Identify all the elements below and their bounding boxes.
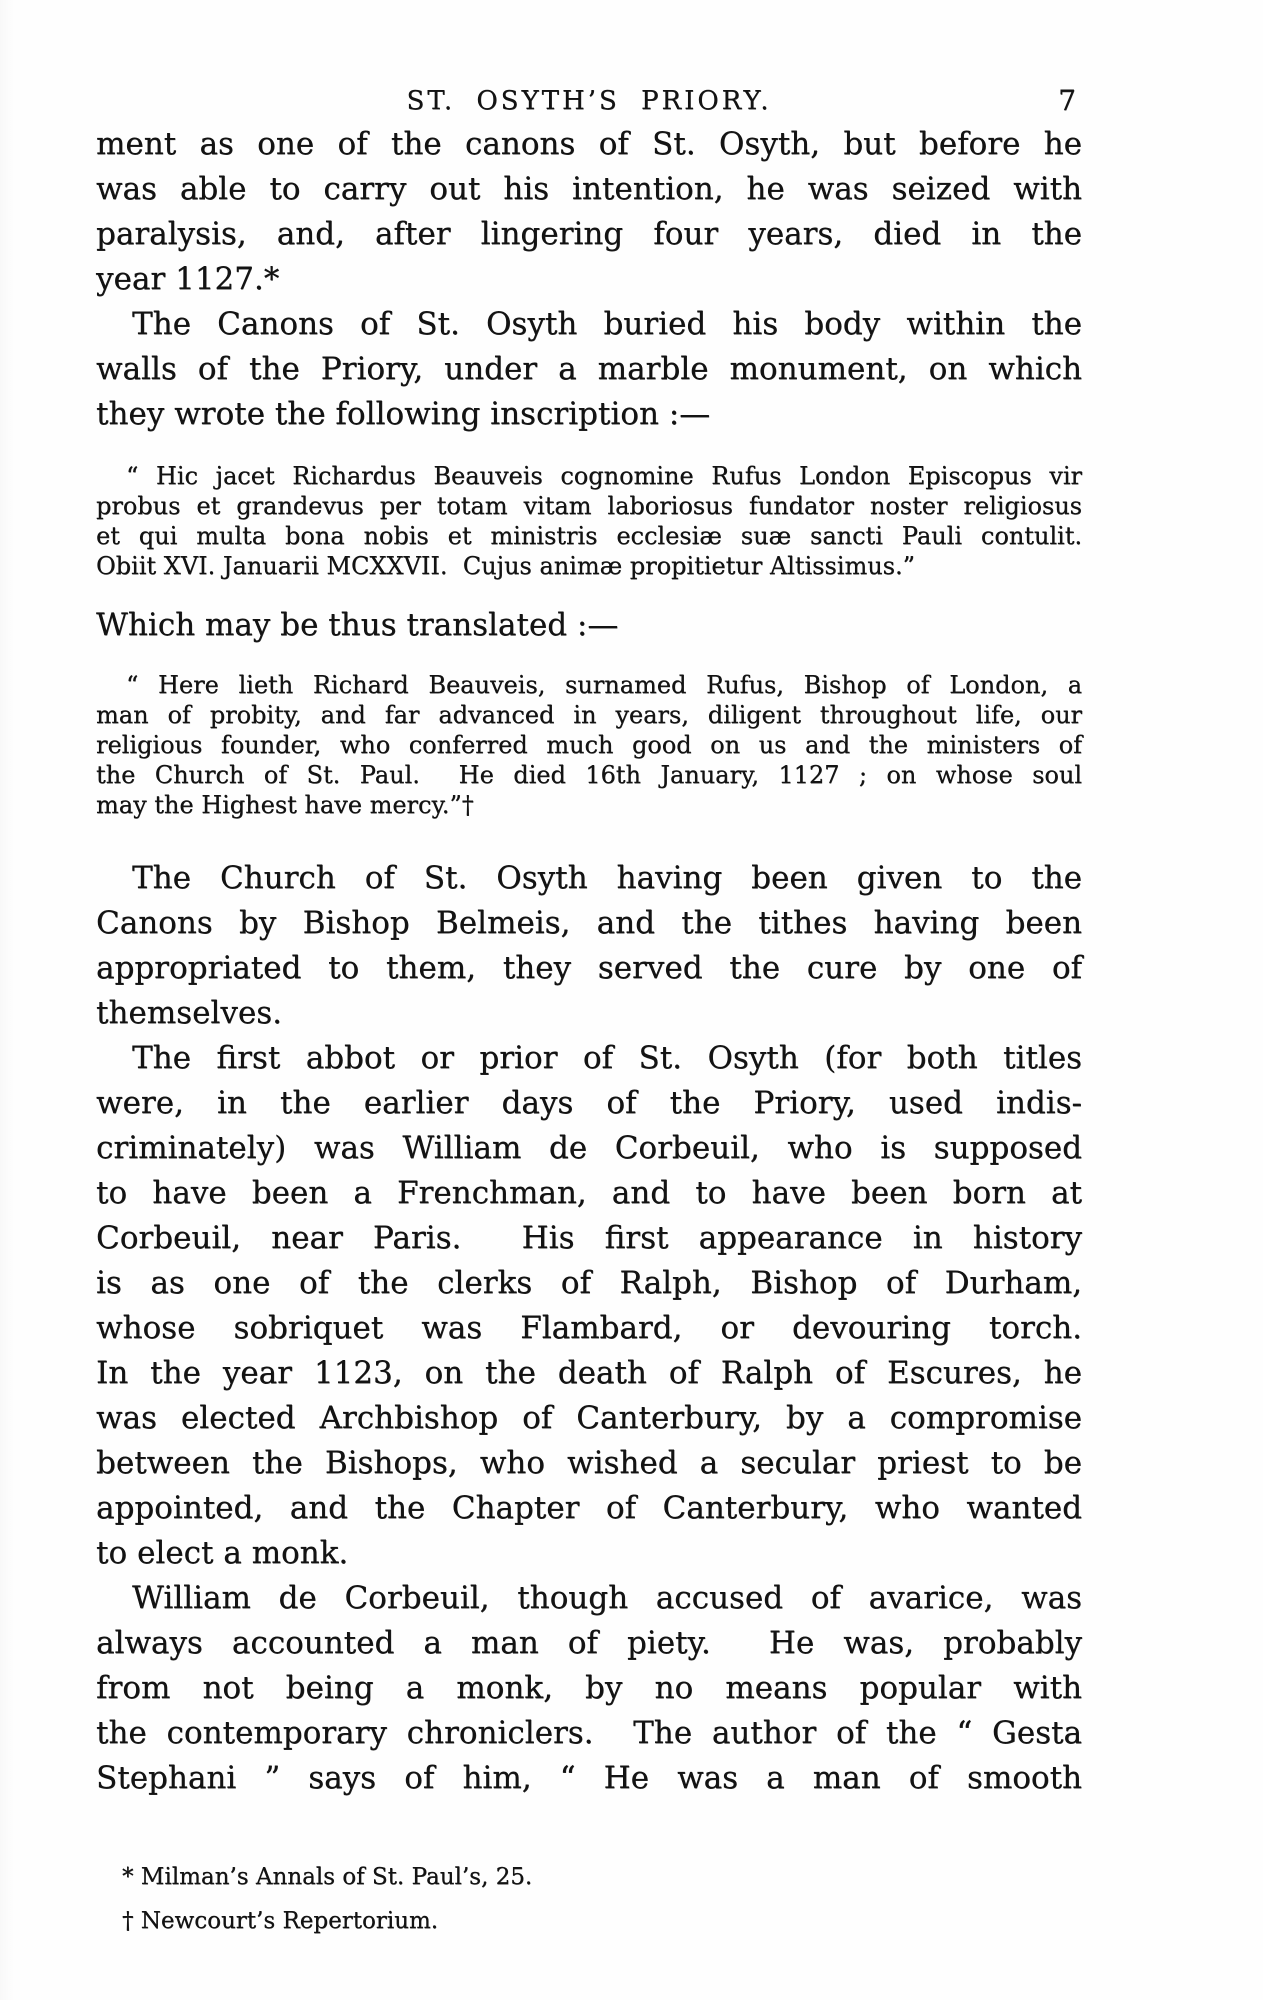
translation-lead-in: Which may be thus translated :— [96,603,1082,648]
text-line: probus et grandevus per totam vitam labo… [96,491,1082,521]
footnotes: * Milman’s Annals of St. Paul’s, 25. † N… [122,1855,1082,1943]
text-line: “ Here lieth Richard Beauveis, surnamed … [96,670,1082,700]
text-line: appropriated to them, they served the cu… [96,946,1082,991]
text-line: may the Highest have mercy.”† [96,790,1082,820]
paragraph-william-piety: William de Corbeuil, though accused of a… [96,1576,1082,1801]
text-line: The first abbot or prior of St. Osyth (f… [96,1036,1082,1081]
text-line: were, in the earlier days of the Priory,… [96,1081,1082,1126]
text-line: to elect a monk. [96,1531,1082,1576]
text-line: ment as one of the canons of St. Osyth, … [96,122,1082,167]
text-line: paralysis, and, after lingering four yea… [96,212,1082,257]
blockquote-translation: “ Here lieth Richard Beauveis, surnamed … [96,670,1082,820]
paragraph-continuation: ment as one of the canons of St. Osyth, … [96,122,1082,302]
paragraph-first-abbot: The first abbot or prior of St. Osyth (f… [96,1036,1082,1576]
footnote-dagger: † Newcourt’s Repertorium. [122,1899,1082,1943]
text-line: whose sobriquet was Flambard, or devouri… [96,1306,1082,1351]
text-line: appointed, and the Chapter of Canterbury… [96,1486,1082,1531]
text-line: religious founder, who conferred much go… [96,730,1082,760]
text-line: year 1127.* [96,257,1082,302]
text-line: they wrote the following inscription :— [96,392,1082,437]
paragraph-canons-burial: The Canons of St. Osyth buried his body … [96,302,1082,437]
text-line: The Church of St. Osyth having been give… [96,856,1082,901]
text-line: “ Hic jacet Richardus Beauveis cognomine… [96,461,1082,491]
text-line: criminately) was William de Corbeuil, wh… [96,1126,1082,1171]
text-line: Corbeuil, near Paris. His first appearan… [96,1216,1082,1261]
text-line: The Canons of St. Osyth buried his body … [96,302,1082,347]
text-line: always accounted a man of piety. He was,… [96,1621,1082,1666]
paragraph-church-given: The Church of St. Osyth having been give… [96,856,1082,1036]
text-line: et qui multa bona nobis et ministris ecc… [96,521,1082,551]
page-content: ment as one of the canons of St. Osyth, … [96,0,1082,1943]
text-line: to have been a Frenchman, and to have be… [96,1171,1082,1216]
text-line: from not being a monk, by no means popul… [96,1666,1082,1711]
text-line: William de Corbeuil, though accused of a… [96,1576,1082,1621]
text-line: Stephani ” says of him, “ He was a man o… [96,1756,1082,1801]
text-line: man of probity, and far advanced in year… [96,700,1082,730]
text-line: is as one of the clerks of Ralph, Bishop… [96,1261,1082,1306]
text-line: was elected Archbishop of Canterbury, by… [96,1396,1082,1441]
text-line: In the year 1123, on the death of Ralph … [96,1351,1082,1396]
text-line: Which may be thus translated :— [96,603,1082,648]
book-page: ST. OSYTH’S PRIORY. 7 ment as one of the… [0,0,1263,2000]
text-line: between the Bishops, who wished a secula… [96,1441,1082,1486]
text-line: the contemporary chroniclers. The author… [96,1711,1082,1756]
text-line: themselves. [96,991,1082,1036]
text-line: the Church of St. Paul. He died 16th Jan… [96,760,1082,790]
text-line: walls of the Priory, under a marble monu… [96,347,1082,392]
text-line: Canons by Bishop Belmeis, and the tithes… [96,901,1082,946]
text-line: was able to carry out his intention, he … [96,167,1082,212]
blockquote-latin-inscription: “ Hic jacet Richardus Beauveis cognomine… [96,461,1082,581]
footnote-asterisk: * Milman’s Annals of St. Paul’s, 25. [122,1855,1082,1899]
text-line: Obiit XVI. Januarii MCXXVII. Cujus animæ… [96,551,1082,581]
